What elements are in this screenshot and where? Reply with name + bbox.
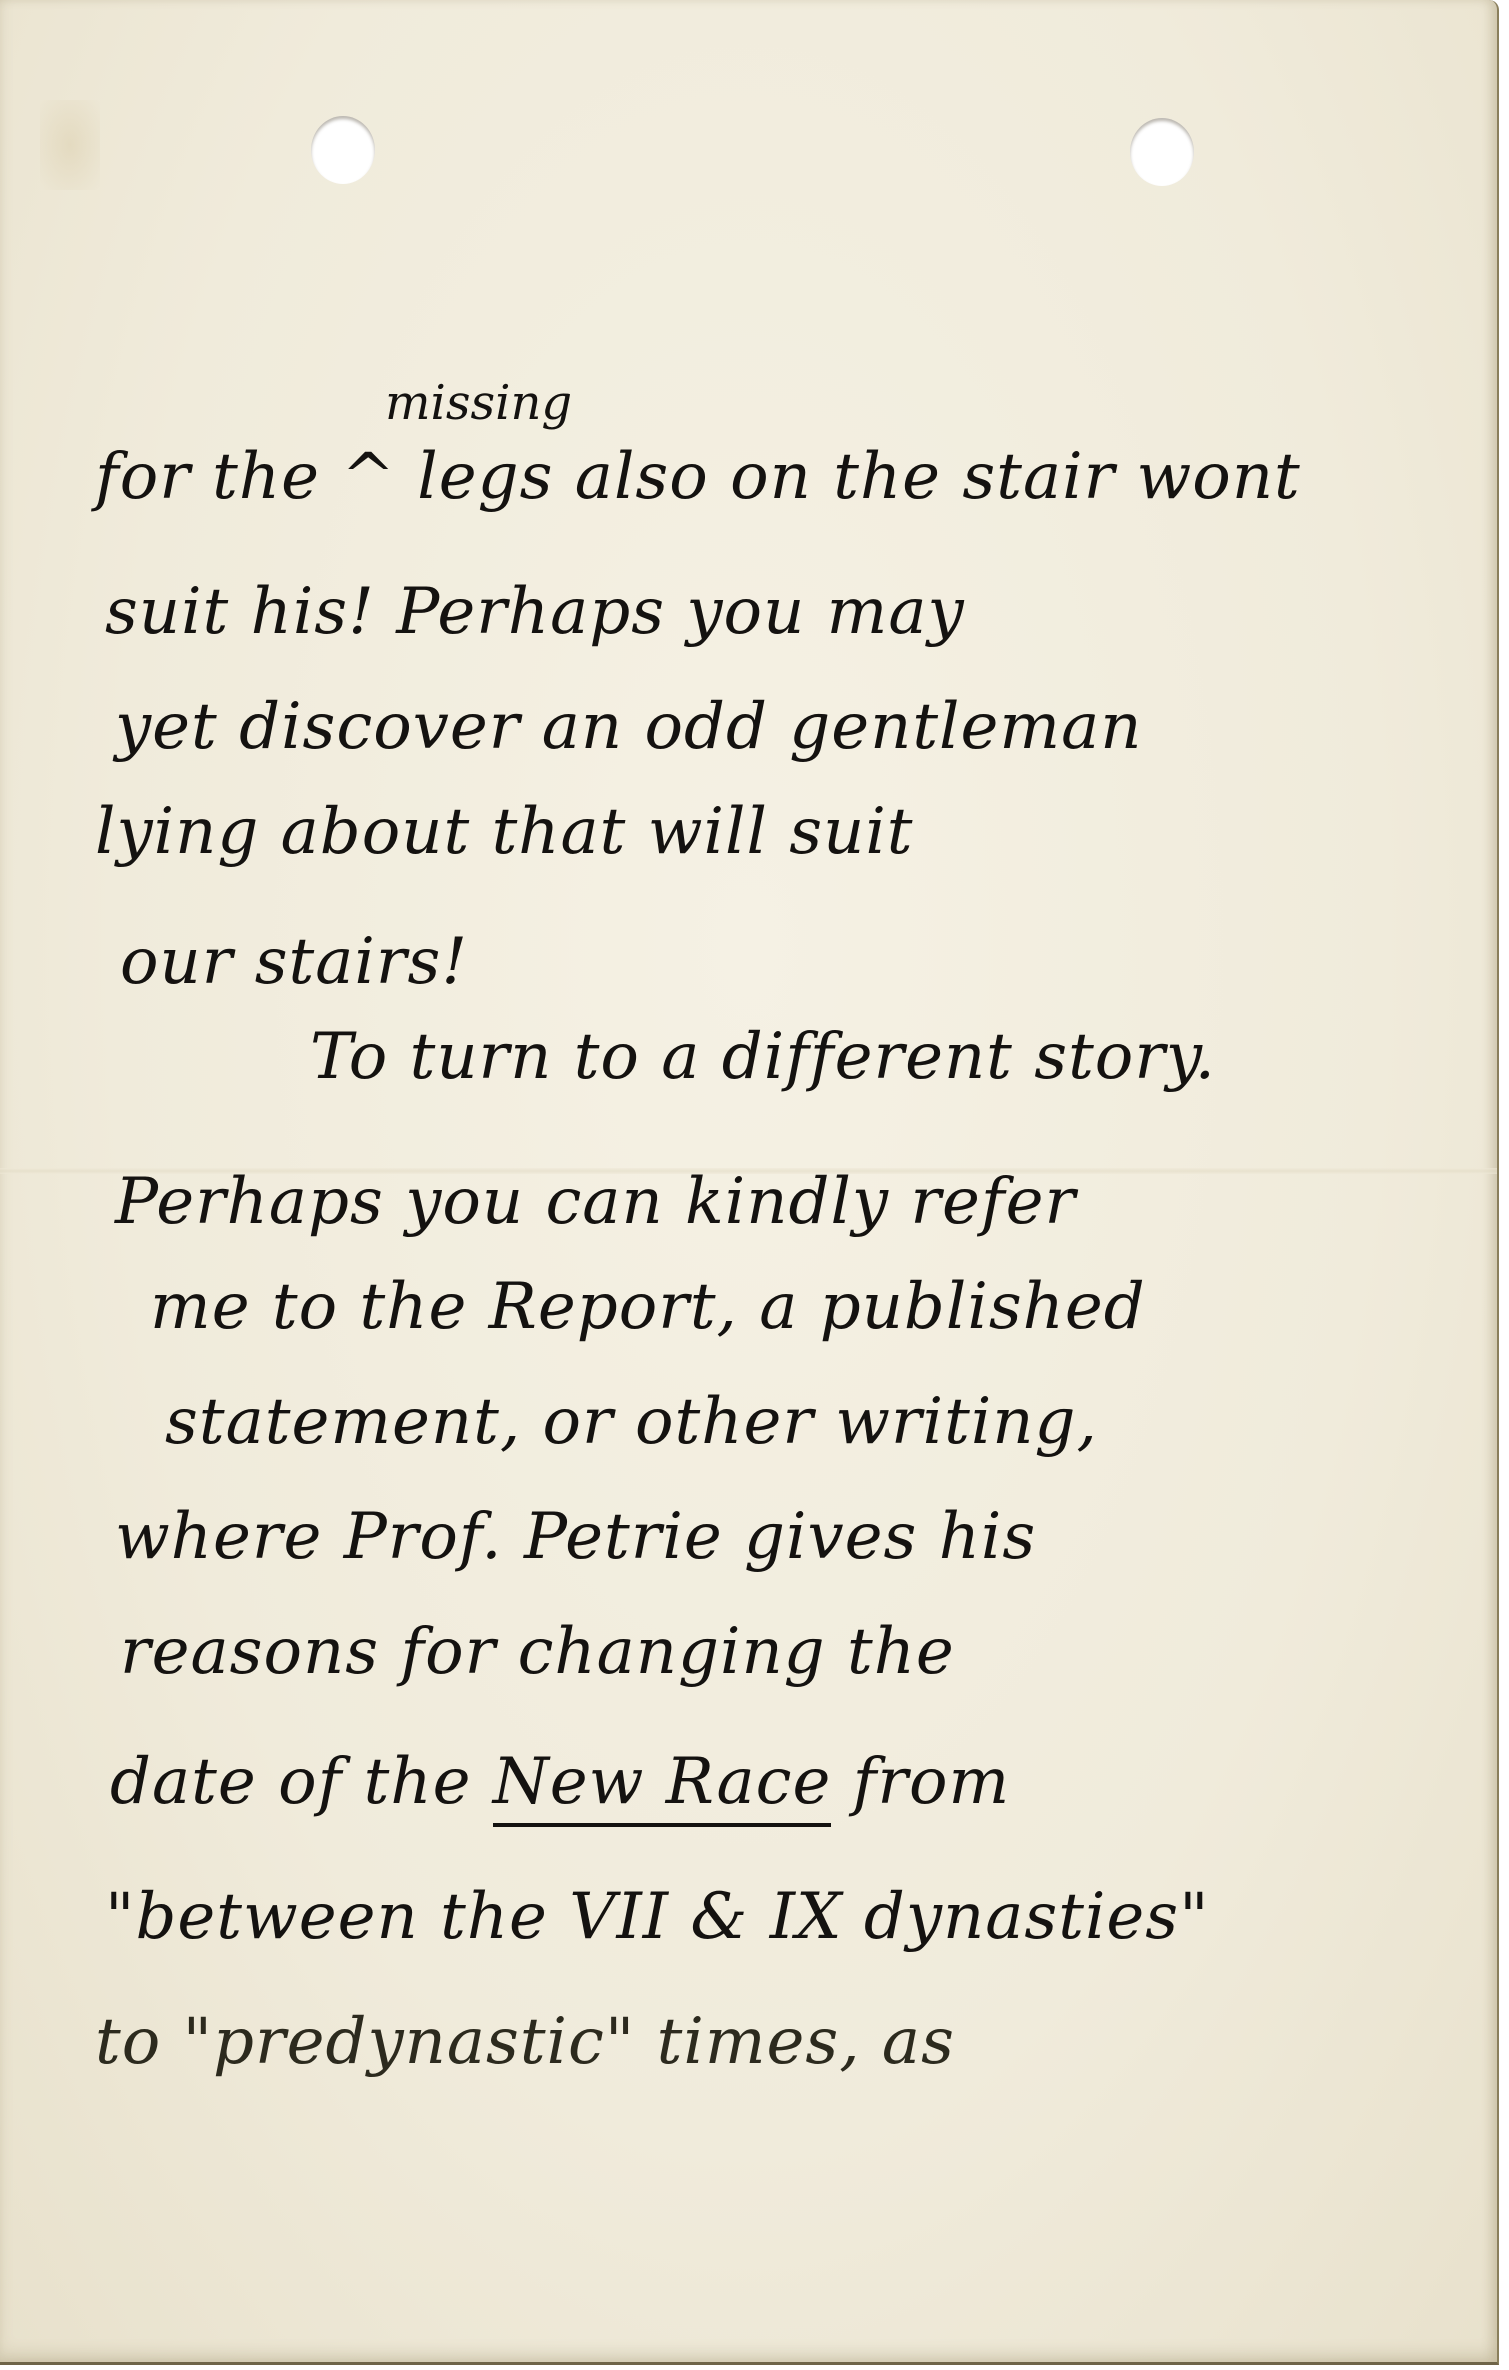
line-12-suffix: from (831, 1745, 1010, 1819)
punch-hole-right (1130, 118, 1194, 186)
handwriting-line-2: suit his! Perhaps you may (105, 575, 965, 649)
handwriting-line-6: To turn to a different story. (310, 1020, 1216, 1094)
handwriting-line-11: reasons for changing the (120, 1615, 955, 1689)
handwriting-line-1: for the ^ legs also on the stair wont (95, 440, 1301, 514)
underlined-new-race: New Race (493, 1745, 832, 1827)
handwriting-line-13: "between the VII & IX dynasties" (105, 1880, 1210, 1954)
handwriting-line-7: Perhaps you can kindly refer (115, 1165, 1076, 1239)
handwriting-line-14: to "predynastic" times, as (95, 2005, 955, 2079)
paper-stain (40, 100, 100, 190)
handwriting-line-4: lying about that will suit (95, 795, 914, 869)
handwriting-line-8: me to the Report, a published (150, 1270, 1146, 1344)
handwriting-line-10: where Prof. Petrie gives his (115, 1500, 1036, 1574)
punch-hole-left (311, 116, 375, 184)
line-12-prefix: date of the (110, 1745, 493, 1819)
handwriting-line-9: statement, or other writing, (165, 1385, 1098, 1459)
inserted-word-missing: missing (385, 375, 572, 431)
handwriting-line-12: date of the New Race from date of the Ne… (110, 1745, 1010, 1819)
handwriting-line-3: yet discover an odd gentleman (115, 690, 1142, 764)
letter-page: missing for the ^ legs also on the stair… (0, 0, 1499, 2365)
handwriting-line-5: our stairs! (120, 925, 468, 999)
